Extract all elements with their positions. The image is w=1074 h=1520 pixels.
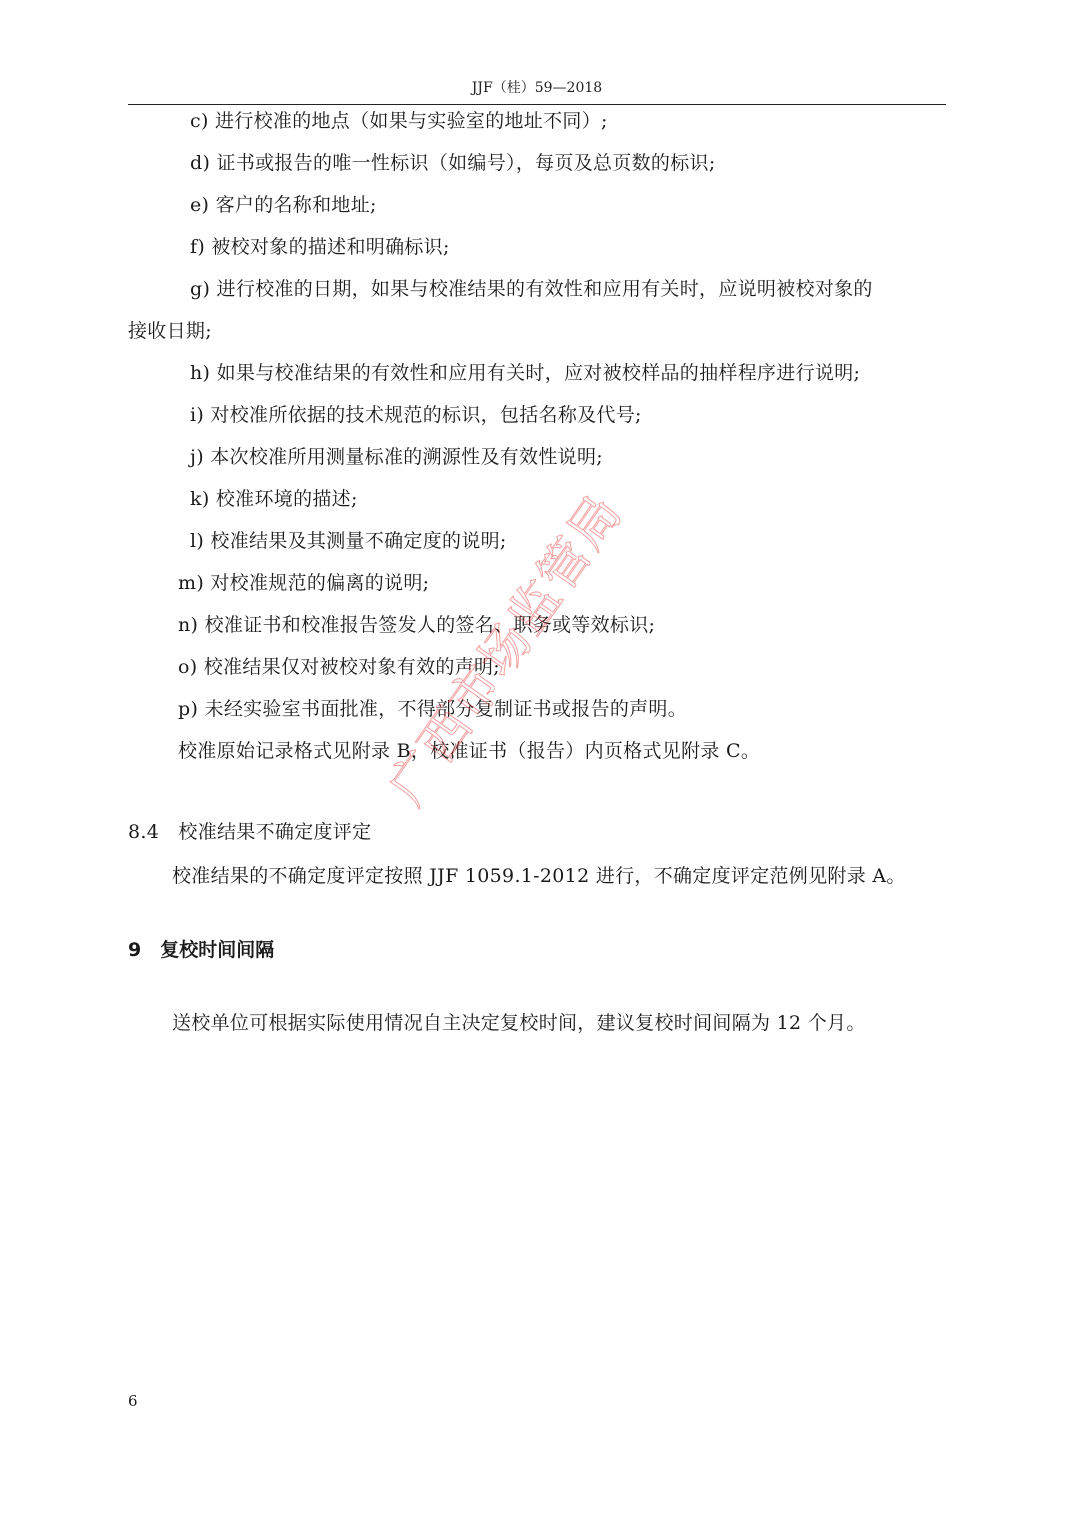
- list-item-c: c) 进行校准的地点（如果与实验室的地址不同）;: [190, 109, 608, 133]
- list-item-g-cont: 接收日期;: [128, 319, 212, 343]
- header-rule: [128, 104, 946, 105]
- section-8-4-body: 校准结果的不确定度评定按照 JJF 1059.1-2012 进行，不确定度评定范…: [172, 864, 906, 888]
- list-item-d: d) 证书或报告的唯一性标识（如编号），每页及总页数的标识;: [190, 151, 716, 175]
- list-item-m: m) 对校准规范的偏离的说明;: [178, 571, 429, 595]
- page-number: 6: [128, 1392, 138, 1410]
- section-8-4-title: 8.4 校准结果不确定度评定: [128, 820, 371, 844]
- list-item-i: i) 对校准所依据的技术规范的标识，包括名称及代号;: [190, 403, 642, 427]
- list-item-l: l) 校准结果及其测量不确定度的说明;: [190, 529, 507, 553]
- list-item-n: n) 校准证书和校准报告签发人的签名、职务或等效标识;: [178, 613, 655, 637]
- section-9-body: 送校单位可根据实际使用情况自主决定复校时间，建议复校时间间隔为 12 个月。: [172, 1011, 866, 1035]
- header-title: JJF（桂）59—2018: [0, 77, 1074, 97]
- list-item-g: g) 进行校准的日期，如果与校准结果的有效性和应用有关时，应说明被校对象的: [190, 277, 873, 301]
- list-item-f: f) 被校对象的描述和明确标识;: [190, 235, 450, 259]
- section-9-title: 9 复校时间间隔: [128, 938, 274, 962]
- list-item-k: k) 校准环境的描述;: [190, 487, 358, 511]
- list-item-h: h) 如果与校准结果的有效性和应用有关时，应对被校样品的抽样程序进行说明;: [190, 361, 860, 385]
- list-item-e: e) 客户的名称和地址;: [190, 193, 377, 217]
- list-item-j: j) 本次校准所用测量标准的溯源性及有效性说明;: [190, 445, 603, 469]
